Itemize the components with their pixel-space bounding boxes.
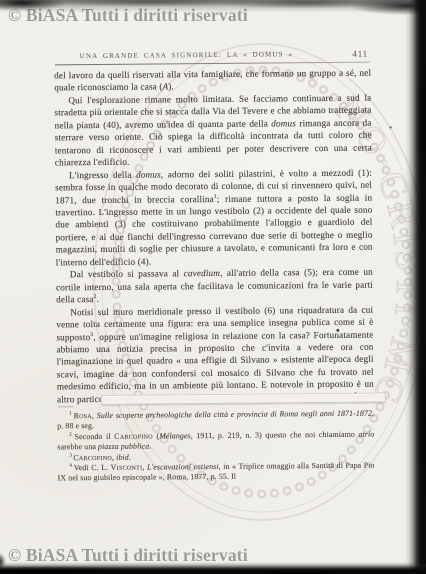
running-title: UNA GRANDE CASA SIGNORILE: LA « DOMUS » — [55, 50, 318, 60]
paragraph: Dal vestibolo si passava al cavedium, al… — [56, 266, 373, 306]
page-content: UNA GRANDE CASA SIGNORILE: LA « DOMUS » … — [0, 0, 426, 574]
paragraph: Qui l'esplorazione rimane molto limitata… — [54, 92, 372, 169]
watermark-top: © BiASA Tutti i diritti riservati — [8, 5, 248, 26]
scan-mark — [58, 406, 73, 407]
footnote: 4 Vedi C. L. Visconti, L'escavazioni ost… — [58, 461, 375, 485]
footnote: 1 Rosa, Sulle scoperte archeologiche del… — [57, 409, 374, 433]
footnote: 2 Secondo il Carcopino (Mélanges, 1911, … — [57, 429, 374, 453]
page-number: 411 — [352, 49, 368, 59]
scanned-page: NO·CRISTI·MC UNA GRANDE CASA SIGNORILE: … — [0, 0, 426, 574]
scan-speck — [336, 329, 339, 332]
watermark-bottom: © BiASA Tutti i diritti riservati — [8, 545, 248, 566]
paragraph: L'ingresso della domus, adorno dei solit… — [55, 166, 373, 268]
scan-speck — [390, 126, 392, 128]
body-text: del lavoro da quelli riservati alla vita… — [54, 67, 374, 406]
paragraph: Notisi sul muro meridionale presso il ve… — [56, 303, 374, 405]
footnotes: 1 Rosa, Sulle scoperte archeologiche del… — [57, 409, 375, 485]
paragraph: del lavoro da quelli riservati alla vita… — [54, 67, 371, 95]
